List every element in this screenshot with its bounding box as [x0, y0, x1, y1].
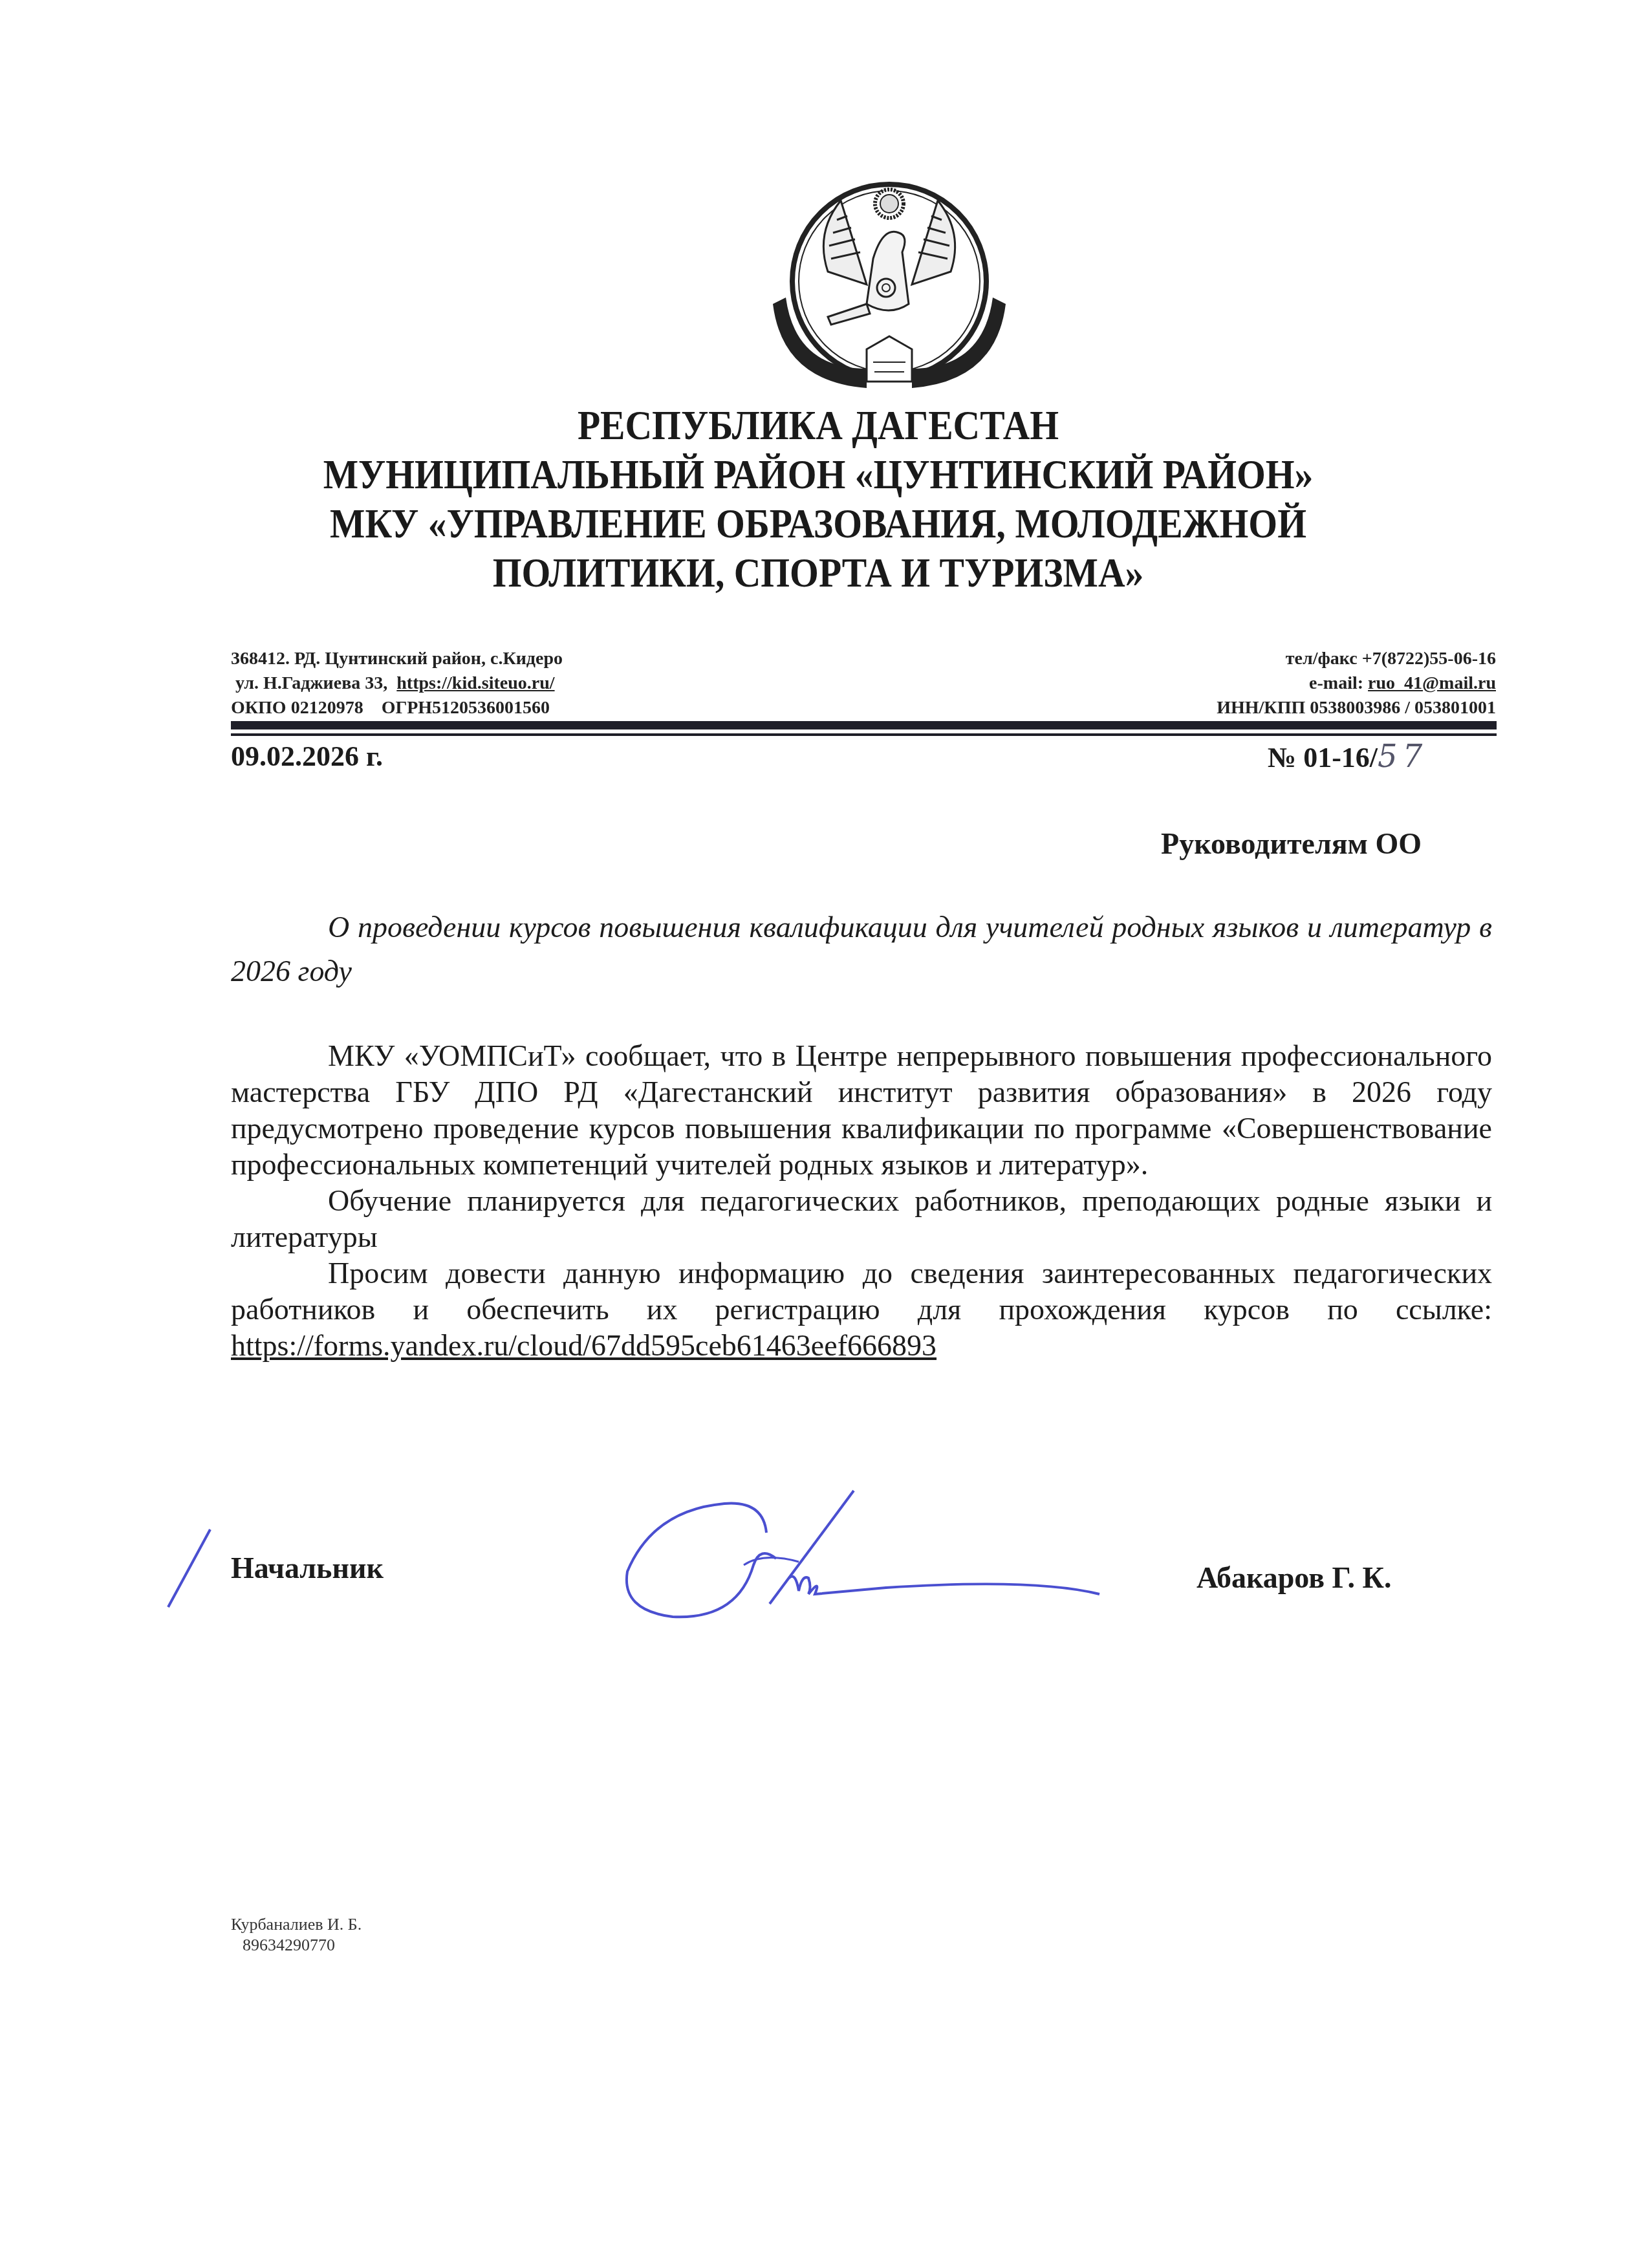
coat-of-arms-emblem: [770, 175, 1009, 394]
document-number: № 01-16/57: [1268, 737, 1427, 777]
header-divider-thin: [231, 733, 1497, 736]
signatory-name: Абакаров Г. К.: [1196, 1559, 1391, 1597]
handwritten-signature-icon: [614, 1481, 1132, 1630]
header-divider-thick: [231, 721, 1497, 729]
coat-of-arms-dagestan-icon: [770, 175, 1009, 394]
header-line-department: МКУ «УПРАВЛЕНИЕ ОБРАЗОВАНИЯ, МОЛОДЕЖНОЙ: [257, 499, 1380, 548]
document-date: 09.02.2026 г.: [231, 737, 383, 776]
street-address: ул. Н.Гаджиева 33,: [231, 673, 396, 693]
website-link[interactable]: https://kid.siteuo.ru/: [396, 673, 554, 693]
document-body: МКУ «УОМПСиТ» сообщает, что в Центре неп…: [231, 1038, 1492, 1364]
document-number-handwritten: 57: [1378, 739, 1427, 775]
pen-mark-icon: [165, 1526, 217, 1610]
address-block-right: тел/факс +7(8722)55-06-16 e-mail: ruo_41…: [1217, 647, 1496, 720]
body-paragraph: МКУ «УОМПСиТ» сообщает, что в Центре неп…: [231, 1038, 1492, 1183]
executor-info: Курбаналиев И. Б. 89634290770: [231, 1914, 362, 1956]
document-subject: О проведении курсов повышения квалификац…: [231, 905, 1492, 993]
postal-address: 368412. РД. Цунтинский район, с.Кидеро: [231, 647, 563, 671]
document-number-prefix: № 01-16/: [1268, 742, 1378, 773]
email-label: e-mail:: [1309, 673, 1368, 693]
organization-header: РЕСПУБЛИКА ДАГЕСТАН МУНИЦИПАЛЬНЫЙ РАЙОН …: [194, 401, 1442, 598]
header-line-republic: РЕСПУБЛИКА ДАГЕСТАН: [257, 401, 1380, 450]
signatory-role: Начальник: [231, 1549, 384, 1588]
executor-name: Курбаналиев И. Б.: [231, 1914, 362, 1935]
executor-phone: 89634290770: [231, 1935, 362, 1956]
header-line-district: МУНИЦИПАЛЬНЫЙ РАЙОН «ЦУНТИНСКИЙ РАЙОН»: [257, 450, 1380, 499]
body-paragraph-request: Просим довести данную информацию до свед…: [231, 1255, 1492, 1364]
body-paragraph: Обучение планируется для педагогических …: [231, 1183, 1492, 1255]
phone-fax: тел/факс +7(8722)55-06-16: [1217, 647, 1496, 671]
addressee: Руководителям ОО: [1161, 825, 1422, 863]
inn-kpp: ИНН/КПП 0538003986 / 053801001: [1217, 696, 1496, 720]
okpo-ogrn: ОКПО 02120978 ОГРН5120536001560: [231, 696, 563, 720]
header-line-department-cont: ПОЛИТИКИ, СПОРТА И ТУРИЗМА»: [257, 548, 1380, 598]
email-link[interactable]: ruo_41@mail.ru: [1368, 673, 1496, 693]
registration-link[interactable]: https://forms.yandex.ru/cloud/67dd595ceb…: [231, 1329, 937, 1362]
address-block-left: 368412. РД. Цунтинский район, с.Кидеро у…: [231, 647, 563, 720]
